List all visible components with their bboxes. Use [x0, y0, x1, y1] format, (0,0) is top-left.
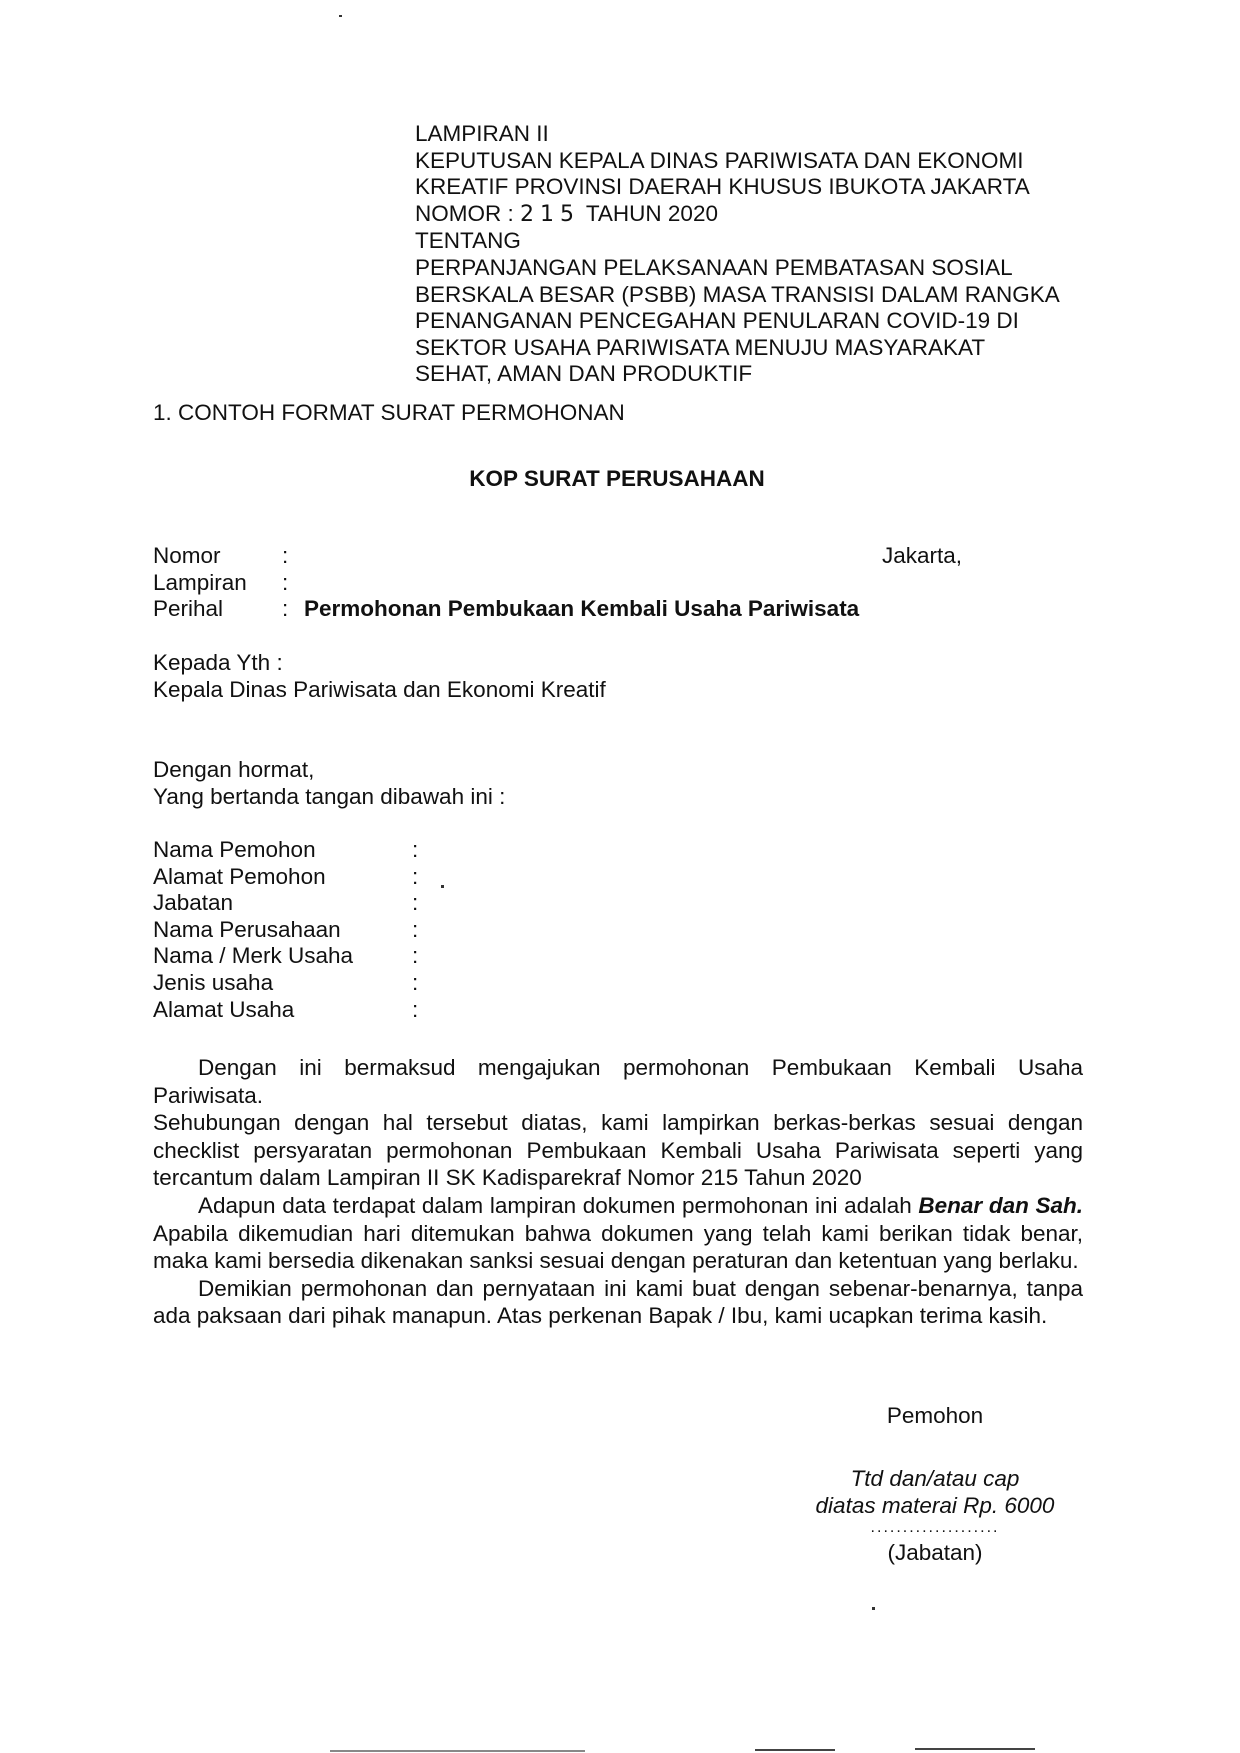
subject-line: BERSKALA BESAR (PSBB) MASA TRANSISI DALA…	[415, 282, 1060, 309]
scan-edge-mark	[330, 1750, 585, 1752]
scan-edge-mark	[915, 1748, 1035, 1750]
recipient: Kepada Yth : Kepala Dinas Pariwisata dan…	[153, 650, 606, 703]
field-colon: :	[412, 917, 418, 944]
signature-role: (Jabatan)	[770, 1540, 1100, 1566]
decree-number: NOMOR : 215 TAHUN 2020	[415, 201, 1060, 229]
greeting: Dengan hormat, Yang bertanda tangan diba…	[153, 757, 505, 810]
city-date: Jakarta,	[882, 543, 962, 569]
decree-number-suffix: TAHUN 2020	[580, 201, 718, 226]
field-colon: :	[412, 997, 418, 1024]
field-label: Nama / Merk Usaha	[153, 943, 412, 970]
meta-colon: :	[282, 596, 304, 623]
letter-body: Dengan ini bermaksud mengajukan permohon…	[153, 1054, 1083, 1330]
field-colon: :	[412, 837, 418, 864]
field-colon: :	[412, 970, 418, 997]
field-label: Alamat Usaha	[153, 997, 412, 1024]
body-emphasis: Benar dan Sah.	[918, 1193, 1083, 1218]
scan-speck	[872, 1607, 875, 1610]
section-title: 1. CONTOH FORMAT SURAT PERMOHONAN	[153, 400, 625, 426]
field-label: Jabatan	[153, 890, 412, 917]
recipient-name: Kepala Dinas Pariwisata dan Ekonomi Krea…	[153, 677, 606, 704]
subject-line: SEHAT, AMAN DAN PRODUKTIF	[415, 361, 1060, 388]
body-paragraph: Dengan ini bermaksud mengajukan permohon…	[153, 1054, 1083, 1109]
field-row: Nama / Merk Usaha:	[153, 943, 418, 970]
header-line: KEPUTUSAN KEPALA DINAS PARIWISATA DAN EK…	[415, 148, 1060, 175]
decree-number-prefix: NOMOR :	[415, 201, 520, 226]
field-colon: :	[412, 890, 418, 917]
signature-line: ....................	[770, 1519, 1100, 1537]
meta-label: Nomor	[153, 543, 282, 570]
subject-line: PERPANJANGAN PELAKSANAAN PEMBATASAN SOSI…	[415, 255, 1060, 282]
body-paragraph: Demikian permohonan dan pernyataan ini k…	[153, 1275, 1083, 1330]
scan-edge-mark	[755, 1749, 835, 1751]
signature-note: Ttd dan/atau cap diatas materai Rp. 6000	[770, 1465, 1100, 1519]
letterhead-placeholder: KOP SURAT PERUSAHAAN	[0, 466, 1234, 492]
decree-header: LAMPIRAN II KEPUTUSAN KEPALA DINAS PARIW…	[415, 121, 1060, 388]
body-text: Apabila dikemudian hari ditemukan bahwa …	[153, 1221, 1083, 1274]
signature-title: Pemohon	[770, 1403, 1100, 1429]
field-colon: :	[412, 864, 418, 891]
field-label: Jenis usaha	[153, 970, 412, 997]
header-line: LAMPIRAN II	[415, 121, 1060, 148]
meta-row-nomor: Nomor :	[153, 543, 859, 570]
body-paragraph: Adapun data terdapat dalam lampiran doku…	[153, 1192, 1083, 1275]
meta-label: Lampiran	[153, 570, 282, 597]
scan-speck	[339, 15, 342, 17]
meta-row-lampiran: Lampiran :	[153, 570, 859, 597]
greeting-line: Yang bertanda tangan dibawah ini :	[153, 784, 505, 811]
meta-value: Permohonan Pembukaan Kembali Usaha Pariw…	[304, 596, 859, 623]
field-row: Nama Pemohon:	[153, 837, 418, 864]
signature-note-line: Ttd dan/atau cap	[770, 1465, 1100, 1492]
meta-colon: :	[282, 543, 304, 570]
subject-line: PENANGANAN PENCEGAHAN PENULARAN COVID-19…	[415, 308, 1060, 335]
field-label: Nama Perusahaan	[153, 917, 412, 944]
applicant-fields: Nama Pemohon: Alamat Pemohon: Jabatan: N…	[153, 837, 418, 1023]
decree-number-handwritten: 215	[520, 202, 580, 227]
field-row: Alamat Usaha:	[153, 997, 418, 1024]
body-text: Adapun data terdapat dalam lampiran doku…	[198, 1193, 918, 1218]
field-row: Jabatan:	[153, 890, 418, 917]
greeting-line: Dengan hormat,	[153, 757, 505, 784]
meta-label: Perihal	[153, 596, 282, 623]
field-label: Alamat Pemohon	[153, 864, 412, 891]
field-row: Jenis usaha:	[153, 970, 418, 997]
meta-colon: :	[282, 570, 304, 597]
field-row: Nama Perusahaan:	[153, 917, 418, 944]
header-line: KREATIF PROVINSI DAERAH KHUSUS IBUKOTA J…	[415, 174, 1060, 201]
signature-note-line: diatas materai Rp. 6000	[770, 1492, 1100, 1519]
body-paragraph: Sehubungan dengan hal tersebut diatas, k…	[153, 1109, 1083, 1192]
scan-speck	[441, 885, 444, 888]
subject-line: SEKTOR USAHA PARIWISATA MENUJU MASYARAKA…	[415, 335, 1060, 362]
letter-meta: Nomor : Lampiran : Perihal : Permohonan …	[153, 543, 859, 623]
header-tentang: TENTANG	[415, 228, 1060, 255]
recipient-salutation: Kepada Yth :	[153, 650, 606, 677]
field-colon: :	[412, 943, 418, 970]
field-row: Alamat Pemohon:	[153, 864, 418, 891]
field-label: Nama Pemohon	[153, 837, 412, 864]
meta-row-perihal: Perihal : Permohonan Pembukaan Kembali U…	[153, 596, 859, 623]
